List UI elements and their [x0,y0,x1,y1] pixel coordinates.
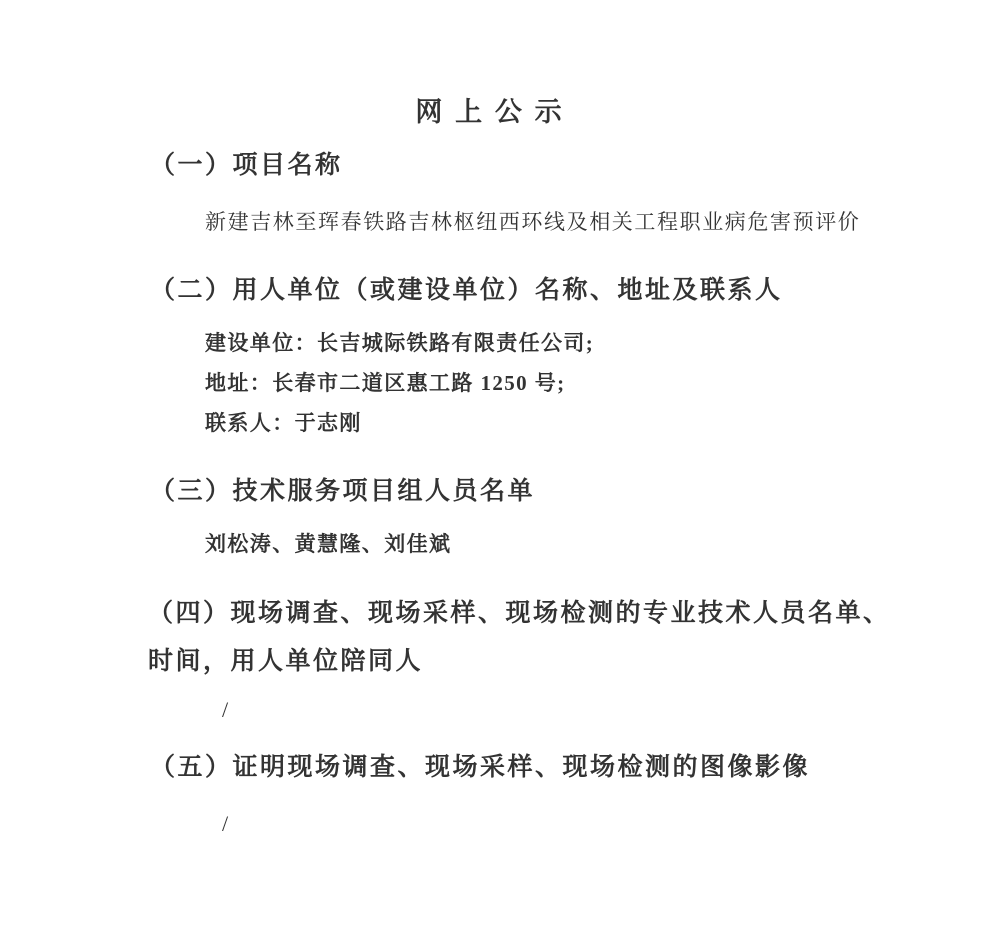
section-5-heading: （五）证明现场调查、现场采样、现场检测的图像影像 [150,752,810,783]
section-4-heading-line-2: 时间，用人单位陪同人 [148,646,423,677]
section-2-heading: （二）用人单位（或建设单位）名称、地址及联系人 [150,275,783,306]
construction-unit-line: 建设单位：长吉城际铁路有限责任公司; [205,330,594,356]
section-3-heading: （三）技术服务项目组人员名单 [150,476,535,507]
contact-person-line: 联系人：于志刚 [205,410,362,436]
section-4-value: / [222,696,228,724]
section-4-heading-line-1: （四）现场调查、现场采样、现场检测的专业技术人员名单、 [148,598,891,629]
address-line: 地址：长春市二道区惠工路 1250 号; [205,370,566,396]
public-notice-document: 网 上 公 示 （一）项目名称 新建吉林至珲春铁路吉林枢纽西环线及相关工程职业病… [0,0,1000,935]
page-title: 网 上 公 示 [0,96,980,130]
section-5-value: / [222,810,228,838]
project-team-names: 刘松涛、黄慧隆、刘佳斌 [205,531,451,557]
section-1-heading: （一）项目名称 [150,150,343,181]
project-name-text: 新建吉林至珲春铁路吉林枢纽西环线及相关工程职业病危害预评价 [205,209,860,235]
